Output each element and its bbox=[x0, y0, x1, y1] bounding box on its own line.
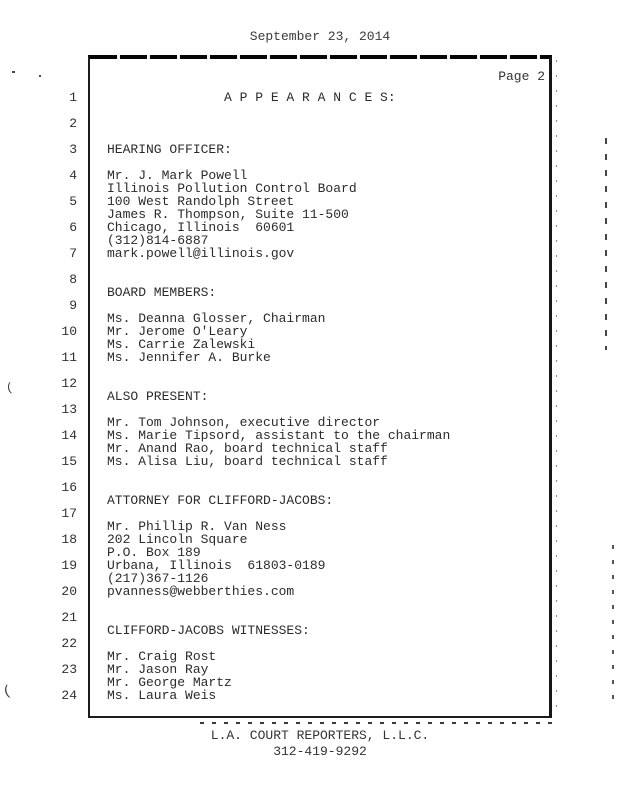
line-number: 19 bbox=[0, 559, 77, 572]
footer-phone: 312-419-9292 bbox=[88, 744, 552, 759]
line-number: 7 bbox=[0, 247, 77, 260]
transcript-row: Ms. Alisa Liu, board technical staff bbox=[107, 455, 388, 468]
line-number: 11 bbox=[0, 351, 77, 364]
line-number-column: 123456789101112131415161718192021222324 bbox=[0, 0, 77, 800]
line-number: 16 bbox=[0, 481, 77, 494]
scan-artifact-dot bbox=[12, 71, 15, 73]
line-number: 8 bbox=[0, 273, 77, 286]
transcript-row: CLIFFORD-JACOBS WITNESSES: bbox=[107, 624, 310, 637]
line-number: 1 bbox=[0, 91, 77, 104]
transcript-row: Ms. Jennifer A. Burke bbox=[107, 351, 271, 364]
line-number: 17 bbox=[0, 507, 77, 520]
line-number: 6 bbox=[0, 221, 77, 234]
transcript-row: ALSO PRESENT: bbox=[107, 390, 208, 403]
transcript-row: A P P E A R A N C E S: bbox=[107, 91, 396, 104]
transcript-row: BOARD MEMBERS: bbox=[107, 286, 216, 299]
line-number: 5 bbox=[0, 195, 77, 208]
line-number: 3 bbox=[0, 143, 77, 156]
line-number: 15 bbox=[0, 455, 77, 468]
line-number: 20 bbox=[0, 585, 77, 598]
scanned-transcript-page: September 23, 2014 Page 2 12345678910111… bbox=[0, 0, 618, 800]
transcript-text: A P P E A R A N C E S:HEARING OFFICER:Mr… bbox=[107, 0, 552, 800]
scan-artifact-right-margin-dashes bbox=[612, 545, 614, 703]
scan-artifact-mark: ( bbox=[5, 382, 14, 395]
scan-artifact-border-ghost bbox=[556, 60, 557, 710]
line-number: 9 bbox=[0, 299, 77, 312]
line-number: 2 bbox=[0, 117, 77, 130]
line-number: 10 bbox=[0, 325, 77, 338]
line-number: 14 bbox=[0, 429, 77, 442]
line-number: 21 bbox=[0, 611, 77, 624]
line-number: 23 bbox=[0, 663, 77, 676]
footer-court-reporter: L.A. COURT REPORTERS, L.L.C. bbox=[88, 728, 552, 743]
line-number: 18 bbox=[0, 533, 77, 546]
line-number: 4 bbox=[0, 169, 77, 182]
scan-artifact-bottom-specks bbox=[200, 722, 556, 724]
transcript-row: mark.powell@illinois.gov bbox=[107, 247, 294, 260]
transcript-row: pvanness@webberthies.com bbox=[107, 585, 294, 598]
transcript-row: Ms. Laura Weis bbox=[107, 689, 216, 702]
scan-artifact-dot bbox=[39, 75, 41, 77]
line-number: 22 bbox=[0, 637, 77, 650]
transcript-row: HEARING OFFICER: bbox=[107, 143, 232, 156]
transcript-row: ATTORNEY FOR CLIFFORD-JACOBS: bbox=[107, 494, 333, 507]
line-number: 13 bbox=[0, 403, 77, 416]
scan-artifact-right-margin-dashes bbox=[605, 138, 607, 350]
